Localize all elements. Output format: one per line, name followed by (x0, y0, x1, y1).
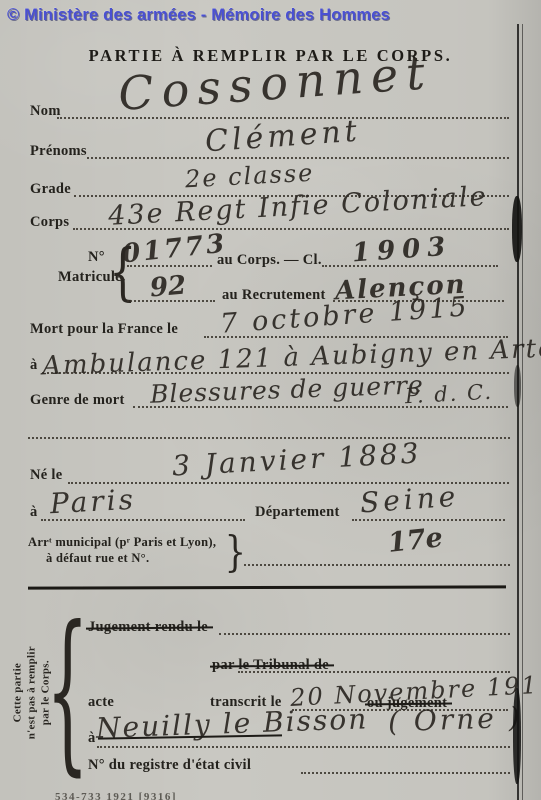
arrondissement-brace-icon: } (225, 531, 246, 573)
dotted-line-acte-a (97, 746, 510, 748)
printer-imprint: 534-733 1921 [9316] (55, 791, 177, 800)
side-note-line1: Cette partie (11, 605, 25, 781)
handwritten-corps: 43e Regt Infie Coloniale (108, 183, 489, 230)
page-edge-line-2 (522, 24, 523, 800)
handwritten-classe: 1903 (351, 234, 453, 267)
field-label-arrondissement-2: à défaut rue et N°. (46, 551, 149, 566)
section-divider-line (28, 585, 506, 589)
field-label-acte: acte (88, 694, 114, 711)
side-note-line2: n'est pas à remplir (25, 605, 39, 781)
record-card-scan: © Ministère des armées - Mémoire des Hom… (0, 0, 541, 800)
field-label-departement: Département (255, 504, 340, 521)
field-label-numero: N° (88, 249, 105, 266)
field-label-acte-a: à (88, 730, 96, 747)
dotted-line-departement (352, 519, 505, 521)
page-edge-line (517, 24, 519, 800)
field-label-grade: Grade (30, 181, 71, 198)
handwritten-matricule-corps: 01773 (121, 231, 229, 268)
binding-ink-blot-3 (513, 688, 521, 784)
dotted-line-classe (322, 265, 498, 267)
handwritten-genre-mort: Blessures de guerre (150, 372, 425, 407)
field-label-corps: Corps (30, 214, 69, 231)
dotted-line-ne-a (41, 519, 245, 521)
field-label-au-corps: au Corps. — Cl. (217, 252, 322, 269)
handwritten-departement-transcription: ( Orne ) (388, 704, 523, 737)
dotted-line-registre (301, 772, 510, 774)
dotted-line-tribunal (238, 671, 510, 673)
field-label-mort-le: Mort pour la France le (30, 321, 178, 338)
binding-ink-blot (512, 196, 522, 262)
handwritten-matricule-recrutement: 92 (149, 272, 187, 301)
handwritten-lieu-naissance: Paris (49, 486, 136, 518)
field-label-arrondissement-1: Arrᵗ municipal (pʳ Paris et Lyon), (28, 535, 216, 550)
handwritten-prenoms: Clément (204, 117, 362, 158)
handwritten-arrondissement: 17e (387, 524, 444, 557)
field-label-prenoms: Prénoms (30, 143, 87, 160)
field-label-registre: N° du registre d'état civil (88, 757, 251, 774)
field-label-mort-a: à (30, 357, 38, 374)
dotted-line-jugement (219, 633, 510, 635)
binding-ink-blot-2 (514, 365, 521, 407)
handwritten-departement-naissance: Seine (359, 483, 460, 518)
watermark-memoire-des-hommes: © Ministère des armées - Mémoire des Hom… (7, 6, 390, 25)
field-label-ne-le: Né le (30, 467, 63, 484)
section-brace-icon: { (46, 604, 89, 778)
field-label-jugement: Jugement rendu le (88, 619, 208, 635)
handwritten-departement-deces: P. d. C. (405, 382, 494, 408)
handwritten-grade: 2e classe (184, 161, 314, 192)
dotted-line-arrondissement (244, 564, 510, 566)
field-label-genre-mort: Genre de mort (30, 392, 125, 409)
handwritten-date-naissance: 3 Janvier 1883 (171, 439, 422, 480)
dotted-line-blank (28, 437, 510, 439)
field-label-ne-a: à (30, 504, 38, 521)
